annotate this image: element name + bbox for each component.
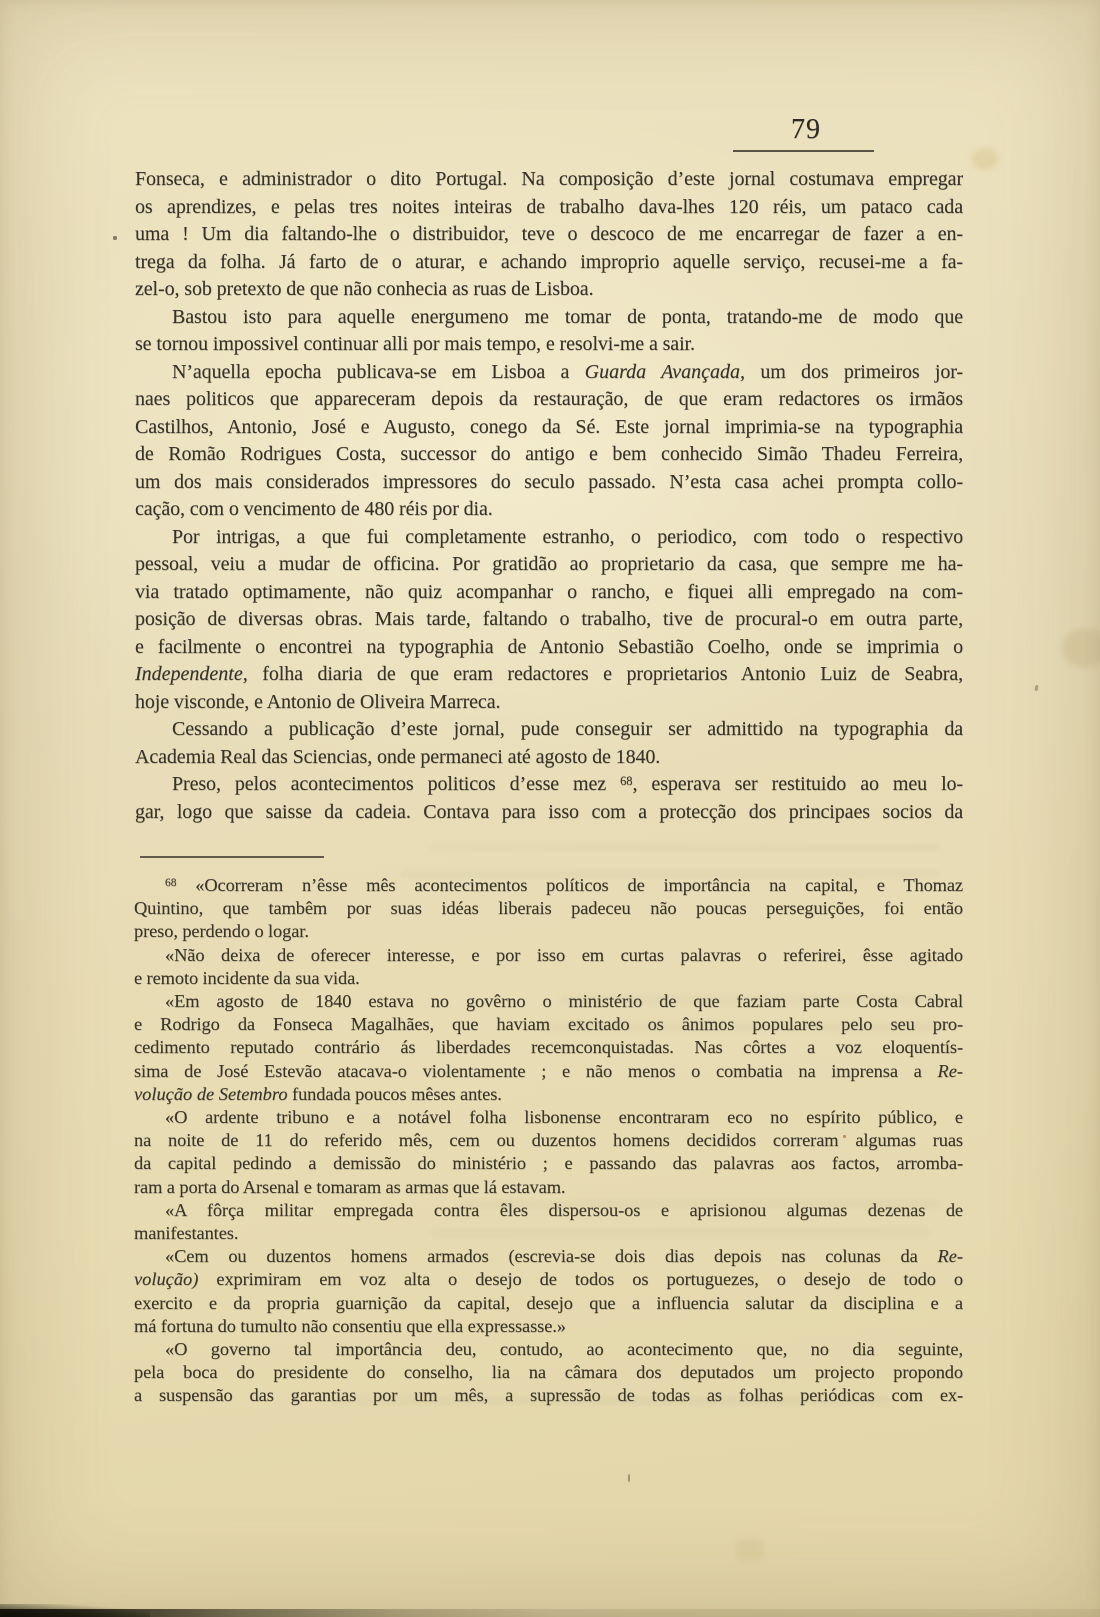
text-line: uma ! Um dia faltando-lhe o distribuidor… — [135, 221, 963, 249]
text-line: exercito e da propria guarnição da capit… — [134, 1292, 963, 1315]
bleedthrough-ghost — [560, 995, 940, 1004]
text-line: «Cem ou duzentos homens armados (escrevi… — [134, 1245, 963, 1268]
text-line: volução de Setembro fundada poucos mêses… — [134, 1083, 963, 1106]
text-line: zel-o, sob pretexto de que não conhecia … — [135, 276, 963, 304]
text-line: «Não deixa de oferecer interesse, e por … — [134, 944, 963, 967]
footnote-block: 68 «Ocorreram n’êsse mês acontecimentos … — [134, 874, 963, 1408]
text-line: Academia Real das Sciencias, onde perman… — [135, 744, 963, 772]
scan-bottom-edge-shadow — [0, 1609, 1100, 1617]
paper-stain — [735, 1538, 765, 1562]
bleedthrough-ghost — [330, 1396, 890, 1405]
text-line: volução) exprimiram em voz alta o desejo… — [134, 1268, 963, 1291]
text-line: hoje visconde, e Antonio de Oliveira Mar… — [135, 689, 963, 717]
text-line: se tornou impossivel continuar alli por … — [135, 331, 963, 359]
text-line: Por intrigas, a que fui completamente es… — [135, 524, 963, 552]
text-line: «O ardente tribuno e a notável folha lis… — [134, 1106, 963, 1129]
text-line: Cessando a publicação d’este jornal, pud… — [135, 716, 963, 744]
text-line: Preso, pelos acontecimentos politicos d’… — [135, 771, 963, 799]
text-line: má fortuna do tumulto não consentiu que … — [134, 1315, 963, 1338]
bleedthrough-ghost — [400, 869, 940, 878]
text-line: pessoal, veiu a mudar de officina. Por g… — [135, 551, 963, 579]
ink-speck — [628, 1474, 630, 1482]
text-line: Fonseca, e administrador o dito Portugal… — [135, 166, 963, 194]
text-line: e remoto incidente da sua vida. — [134, 967, 963, 990]
text-line: sima de José Estevão atacava-o violentam… — [134, 1060, 963, 1083]
bleedthrough-ghost — [430, 1228, 930, 1237]
text-line: os aprendizes, e pelas tres noites intei… — [135, 194, 963, 222]
text-line: Quintino, que tambêm por suas idéas libe… — [134, 897, 963, 920]
text-line: um dos mais considerados impressores do … — [135, 469, 963, 497]
bleedthrough-ghost — [430, 843, 940, 852]
ink-speck — [113, 236, 117, 240]
text-line: trega da folha. Já farto de o aturar, e … — [135, 249, 963, 277]
paper-stain — [972, 148, 998, 170]
text-line: gar, logo que saisse da cadeia. Contava … — [135, 799, 963, 827]
text-line: Independente, folha diaria de que eram r… — [135, 661, 963, 689]
text-line: Bastou isto para aquelle energumeno me t… — [135, 304, 963, 332]
text-line: via tratado optimamente, não quiz acompa… — [135, 579, 963, 607]
text-line: preso, perdendo o logar. — [134, 920, 963, 943]
text-line: da capital pedindo a demissão do ministé… — [134, 1152, 963, 1175]
page-number: 79 — [733, 114, 879, 146]
text-line: cedimento reputado contrário ás liberdad… — [134, 1036, 963, 1059]
ink-speck — [843, 1135, 846, 1138]
text-line: N’aquella epocha publicava-se em Lisboa … — [135, 359, 963, 387]
text-line: ram a porta do Arsenal e tomaram as arma… — [134, 1176, 963, 1199]
text-line: posição de diversas obras. Mais tarde, f… — [135, 606, 963, 634]
text-line: cação, com o vencimento de 480 réis por … — [135, 496, 963, 524]
text-line: Castilhos, Antonio, José e Augusto, cone… — [135, 414, 963, 442]
bleedthrough-ghost — [540, 1022, 940, 1031]
text-line: de Romão Rodrigues Costa, successor do a… — [135, 441, 963, 469]
paper-stain — [1062, 628, 1100, 668]
book-page-scan: 79 Fonseca, e administrador o dito Portu… — [0, 0, 1100, 1617]
text-line: na noite de 11 do referido mês, cem ou d… — [134, 1129, 963, 1152]
scan-bottom-edge-shadow — [0, 1604, 150, 1617]
text-line: e facilmente o encontrei na typographia … — [135, 634, 963, 662]
page-number-rule — [733, 150, 874, 152]
main-text-block: Fonseca, e administrador o dito Portugal… — [135, 166, 963, 826]
text-line: «O governo tal importância deu, contudo,… — [134, 1338, 963, 1361]
footnote-separator-rule — [140, 856, 324, 858]
text-line: naes politicos que appareceram depois da… — [135, 386, 963, 414]
ink-speck — [1034, 685, 1038, 691]
bleedthrough-ghost — [460, 1200, 940, 1209]
text-line: pela boca do presidente do conselho, lia… — [134, 1361, 963, 1384]
